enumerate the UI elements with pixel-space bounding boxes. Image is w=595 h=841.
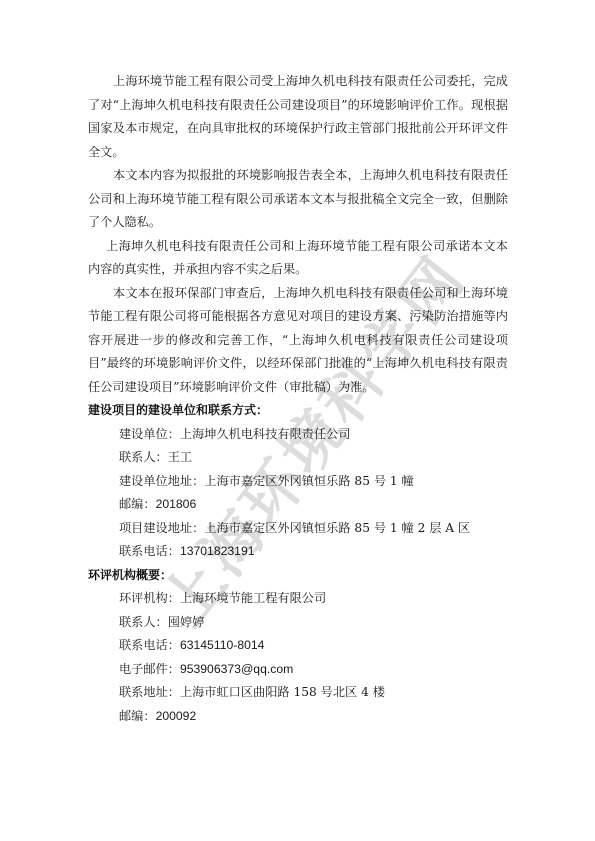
info-row-agency-name: 环评机构：上海环境节能工程有限公司 [88, 587, 508, 611]
info-row-project-address: 项目建设地址：上海市嘉定区外冈镇恒乐路 85 号 1 幢 2 层 A 区 [88, 517, 508, 541]
section-heading-construction-unit: 建设项目的建设单位和联系方式： [88, 399, 508, 423]
info-row-contact-address: 联系地址：上海市虹口区曲阳路 158 号北区 4 楼 [88, 681, 508, 705]
info-value: 上海市虹口区曲阳路 158 号北区 4 楼 [180, 685, 385, 699]
info-row-contact-person: 联系人：囤婷婷 [88, 611, 508, 635]
construction-unit-section: 建设项目的建设单位和联系方式： 建设单位：上海坤久机电科技有限责任公司 联系人：… [88, 399, 508, 564]
eia-agency-section: 环评机构概要： 环评机构：上海环境节能工程有限公司 联系人：囤婷婷 联系电话：6… [88, 564, 508, 729]
info-value: 63145110-8014 [180, 638, 265, 652]
info-row-postcode: 邮编：201806 [88, 493, 508, 517]
info-label: 项目建设地址： [119, 521, 204, 535]
document-page: 上海环境科学网 上海环境节能工程有限公司受上海坤久机电科技有限责任公司委托，完成… [0, 0, 595, 841]
info-value: 上海坤久机电科技有限责任公司 [180, 427, 351, 441]
info-label: 邮编： [119, 497, 156, 511]
paragraph-commission: 上海环境节能工程有限公司受上海坤久机电科技有限责任公司委托，完成了对“上海坤久机… [88, 70, 508, 164]
email-link[interactable]: 953906373@qq.com [180, 662, 293, 676]
info-label: 电子邮件： [119, 662, 180, 676]
info-label: 建设单位地址： [119, 474, 204, 488]
info-label: 联系电话： [119, 544, 180, 558]
info-label: 联系人： [119, 615, 168, 629]
info-label: 联系人： [119, 450, 168, 464]
info-label: 邮编： [119, 709, 156, 723]
info-row-construction-unit: 建设单位：上海坤久机电科技有限责任公司 [88, 423, 508, 447]
info-value: 上海环境节能工程有限公司 [180, 591, 326, 605]
document-body: 上海环境节能工程有限公司受上海坤久机电科技有限责任公司委托，完成了对“上海坤久机… [88, 70, 508, 728]
info-value: 201806 [156, 497, 197, 511]
info-row-phone: 联系电话：63145110-8014 [88, 634, 508, 658]
info-label: 建设单位： [119, 427, 180, 441]
section-heading-eia-agency: 环评机构概要： [88, 564, 508, 588]
info-row-phone: 联系电话：13701823191 [88, 540, 508, 564]
info-row-email: 电子邮件：953906373@qq.com [88, 658, 508, 682]
paragraph-authenticity-commitment: 上海坤久机电科技有限责任公司和上海环境节能工程有限公司承诺本文本内容的真实性，并… [88, 235, 508, 282]
info-value: 王工 [168, 450, 192, 464]
info-row-postcode: 邮编：200092 [88, 705, 508, 729]
info-label: 环评机构： [119, 591, 180, 605]
info-label: 联系地址： [119, 685, 180, 699]
info-value: 囤婷婷 [168, 615, 205, 629]
info-value: 200092 [156, 709, 197, 723]
paragraph-revision-notice: 本文本在报环保部门审查后，上海坤久机电科技有限责任公司和上海环境节能工程有限公司… [88, 282, 508, 400]
info-value: 上海市嘉定区外冈镇恒乐路 85 号 1 幢 [204, 474, 413, 488]
paragraph-full-text-statement: 本文本内容为拟报批的环境影响报告表全本，上海坤久机电科技有限责任公司和上海环境节… [88, 164, 508, 235]
info-row-unit-address: 建设单位地址：上海市嘉定区外冈镇恒乐路 85 号 1 幢 [88, 470, 508, 494]
info-value: 13701823191 [180, 544, 255, 558]
info-label: 联系电话： [119, 638, 180, 652]
info-row-contact-person: 联系人：王工 [88, 446, 508, 470]
info-value: 上海市嘉定区外冈镇恒乐路 85 号 1 幢 2 层 A 区 [204, 521, 470, 535]
